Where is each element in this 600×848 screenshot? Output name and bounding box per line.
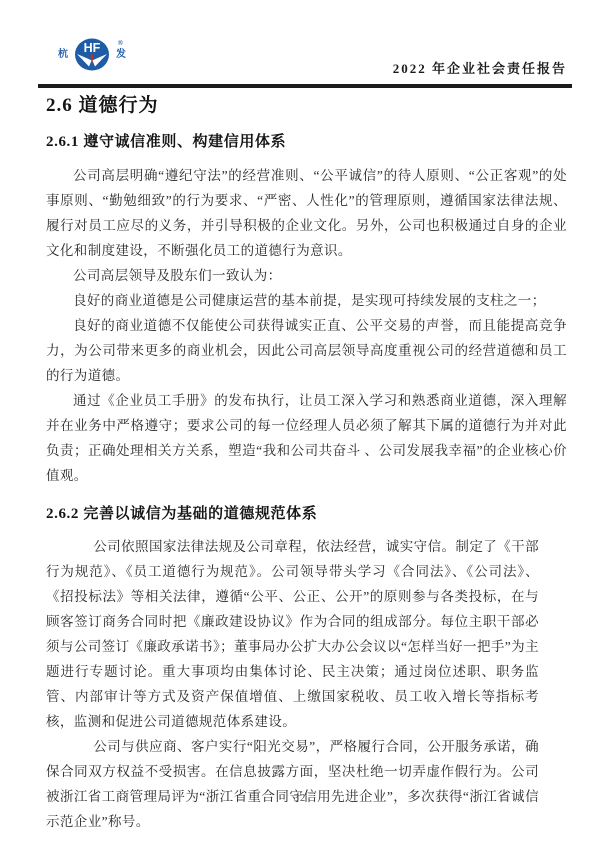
report-header-title: 2022 年企业社会责任报告 [393, 58, 567, 77]
paragraph-2-6-1-c: 良好的商业道德是公司健康运营的基本前提，是实现可持续发展的支柱之一； [46, 288, 567, 313]
paragraph-2-6-2-b: 公司与供应商、客户实行“阳光交易”，严格履行合同，公开服务承诺，确保合同双方权益… [46, 734, 539, 834]
paragraph-2-6-2-a: 公司依照国家法律法规及公司章程，依法经营，诚实守信。制定了《干部行为规范》、《员… [46, 534, 539, 734]
registered-trademark-icon: ® [118, 39, 123, 47]
paragraph-2-6-1-e: 通过《企业员工手册》的发布执行，让员工深入学习和熟悉商业道德，深入理解并在业务中… [46, 388, 567, 488]
logo-left-character: 杭 [58, 50, 68, 60]
section-heading-2-6: 2.6 道德行为 [46, 95, 567, 118]
logo-right-character: 发 [116, 50, 126, 60]
report-page: 杭 HF ® 发 2022 年企业社会责任报告 2.6 道德行为 2.6.1 遵… [0, 0, 600, 848]
page-number: 32 [0, 793, 600, 804]
paragraph-2-6-1-d: 良好的商业道德不仅能使公司获得诚实正直、公平交易的声誉，而且能提高竞争力，为公司… [46, 313, 567, 388]
subsection-heading-2-6-2: 2.6.2 完善以诚信为基础的道德规范体系 [46, 505, 567, 524]
paragraph-2-6-1-b: 公司高层领导及股东们一致认为： [46, 263, 567, 288]
subsection-heading-2-6-1: 2.6.1 遵守诚信准则、构建信用体系 [46, 133, 567, 152]
svg-text:HF: HF [84, 41, 101, 55]
document-content: 2.6 道德行为 2.6.1 遵守诚信准则、构建信用体系 公司高层明确“遵纪守法… [46, 95, 567, 834]
paragraph-2-6-1-a: 公司高层明确“遵纪守法”的经营准则、“公平诚信”的待人原则、“公正客观”的处事原… [46, 163, 567, 263]
hf-logo-icon: HF ® [73, 37, 111, 73]
hf-logo-circle-icon: HF [73, 37, 111, 73]
company-logo: 杭 HF ® 发 [58, 36, 126, 74]
header-divider [38, 84, 572, 88]
